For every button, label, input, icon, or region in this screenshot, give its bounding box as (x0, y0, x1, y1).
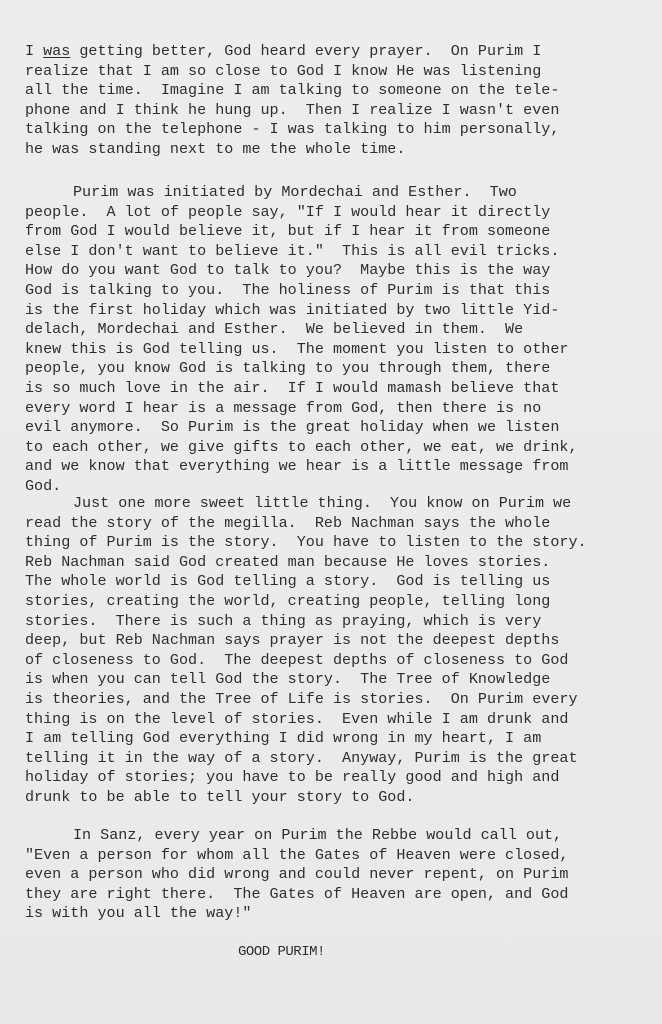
text-line: else I don't want to believe it." This i… (25, 242, 650, 262)
text-line: How do you want God to talk to you? Mayb… (25, 261, 650, 281)
paragraph-4: In Sanz, every year on Purim the Rebbe w… (25, 826, 650, 924)
text-line: they are right there. The Gates of Heave… (25, 885, 650, 905)
text-line: knew this is God telling us. The moment … (25, 340, 650, 360)
text-line: thing of Purim is the story. You have to… (25, 533, 650, 553)
text-line: from God I would believe it, but if I he… (25, 222, 650, 242)
text-line: and we know that everything we hear is a… (25, 457, 650, 477)
text-line: phone and I think he hung up. Then I rea… (25, 101, 650, 121)
text-line: talking on the telephone - I was talking… (25, 120, 650, 140)
text-line: thing is on the level of stories. Even w… (25, 710, 650, 730)
underlined-word: was (43, 42, 70, 60)
text-line: even a person who did wrong and could ne… (25, 865, 650, 885)
text-line: every word I hear is a message from God,… (25, 399, 650, 419)
text-line: people, you know God is talking to you t… (25, 359, 650, 379)
text-line: is the first holiday which was initiated… (25, 301, 650, 321)
text-line: telling it in the way of a story. Anyway… (25, 749, 650, 769)
text-line: stories. There is such a thing as prayin… (25, 612, 650, 632)
paragraph-2: Purim was initiated by Mordechai and Est… (25, 183, 650, 497)
text-line: God is talking to you. The holiness of P… (25, 281, 650, 301)
paragraph-1: I was getting better, God heard every pr… (25, 42, 650, 160)
text-line: deep, but Reb Nachman says prayer is not… (25, 631, 650, 651)
text-line: Just one more sweet little thing. You kn… (25, 494, 650, 514)
text-line: Reb Nachman said God created man because… (25, 553, 650, 573)
text-line: Purim was initiated by Mordechai and Est… (25, 183, 650, 203)
text-line: he was standing next to me the whole tim… (25, 140, 650, 160)
text-line: stories, creating the world, creating pe… (25, 592, 650, 612)
text-line: of closeness to God. The deepest depths … (25, 651, 650, 671)
text-line: all the time. Imagine I am talking to so… (25, 81, 650, 101)
text-line: people. A lot of people say, "If I would… (25, 203, 650, 223)
text-line: is with you all the way!" (25, 904, 650, 924)
text-line: The whole world is God telling a story. … (25, 572, 650, 592)
text-line: is when you can tell God the story. The … (25, 670, 650, 690)
signoff: GOOD PURIM! (238, 943, 325, 963)
text-line: I am telling God everything I did wrong … (25, 729, 650, 749)
text-line: evil anymore. So Purim is the great holi… (25, 418, 650, 438)
text-line: holiday of stories; you have to be reall… (25, 768, 650, 788)
text-line: I was getting better, God heard every pr… (25, 42, 650, 62)
text-line: In Sanz, every year on Purim the Rebbe w… (25, 826, 650, 846)
text-line: read the story of the megilla. Reb Nachm… (25, 514, 650, 534)
text-line: realize that I am so close to God I know… (25, 62, 650, 82)
text-line: delach, Mordechai and Esther. We believe… (25, 320, 650, 340)
paragraph-3: Just one more sweet little thing. You kn… (25, 494, 650, 808)
text-line: to each other, we give gifts to each oth… (25, 438, 650, 458)
typewritten-page: I was getting better, God heard every pr… (0, 0, 662, 1024)
text-line: "Even a person for whom all the Gates of… (25, 846, 650, 866)
text-line: is theories, and the Tree of Life is sto… (25, 690, 650, 710)
text-line: drunk to be able to tell your story to G… (25, 788, 650, 808)
text-line: is so much love in the air. If I would m… (25, 379, 650, 399)
